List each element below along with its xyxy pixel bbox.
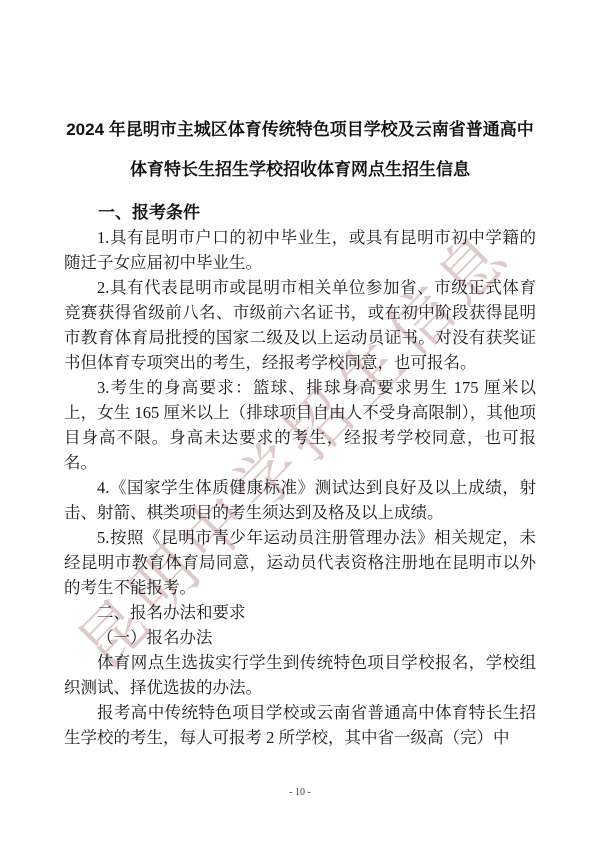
method-paragraph-1: 体育网点生选拔实行学生到传统特色项目学校报名，学校组织测试、择优选拔的办法。 (64, 650, 536, 700)
section-2-heading: 二、报名办法和要求 (64, 600, 536, 625)
condition-paragraph-1: 1.具有昆明市户口的初中毕业生，或具有昆明市初中学籍的随迁子女应届初中毕业生。 (64, 225, 536, 275)
title-line-2: 体育特长生招生学校招收体育网点生招生信息 (64, 150, 536, 190)
condition-paragraph-2: 2.具有代表昆明市或昆明市相关单位参加省、市级正式体育竞赛获得省级前八名、市级前… (64, 275, 536, 375)
document-content: 2024 年昆明市主城区体育传统特色项目学校及云南省普通高中 体育特长生招生学校… (64, 110, 536, 750)
condition-paragraph-3: 3.考生的身高要求：篮球、排球身高要求男生 175 厘米以上，女生 165 厘米… (64, 375, 536, 475)
page-number: - 10 - (0, 787, 600, 798)
title-line-1: 2024 年昆明市主城区体育传统特色项目学校及云南省普通高中 (64, 110, 536, 150)
document-page: 昆明中学招生信息 2024 年昆明市主城区体育传统特色项目学校及云南省普通高中 … (0, 0, 600, 848)
condition-paragraph-5: 5.按照《昆明市青少年运动员注册管理办法》相关规定，未经昆明市教育体育局同意，运… (64, 525, 536, 600)
section-1-heading: 一、报考条件 (64, 200, 536, 225)
section-2-subheading: （一）报名办法 (64, 625, 536, 650)
condition-paragraph-4: 4.《国家学生体质健康标准》测试达到良好及以上成绩，射击、射箭、棋类项目的考生须… (64, 475, 536, 525)
method-paragraph-2: 报考高中传统特色项目学校或云南省普通高中体育特长生招生学校的考生，每人可报考 2… (64, 700, 536, 750)
document-title: 2024 年昆明市主城区体育传统特色项目学校及云南省普通高中 体育特长生招生学校… (64, 110, 536, 190)
